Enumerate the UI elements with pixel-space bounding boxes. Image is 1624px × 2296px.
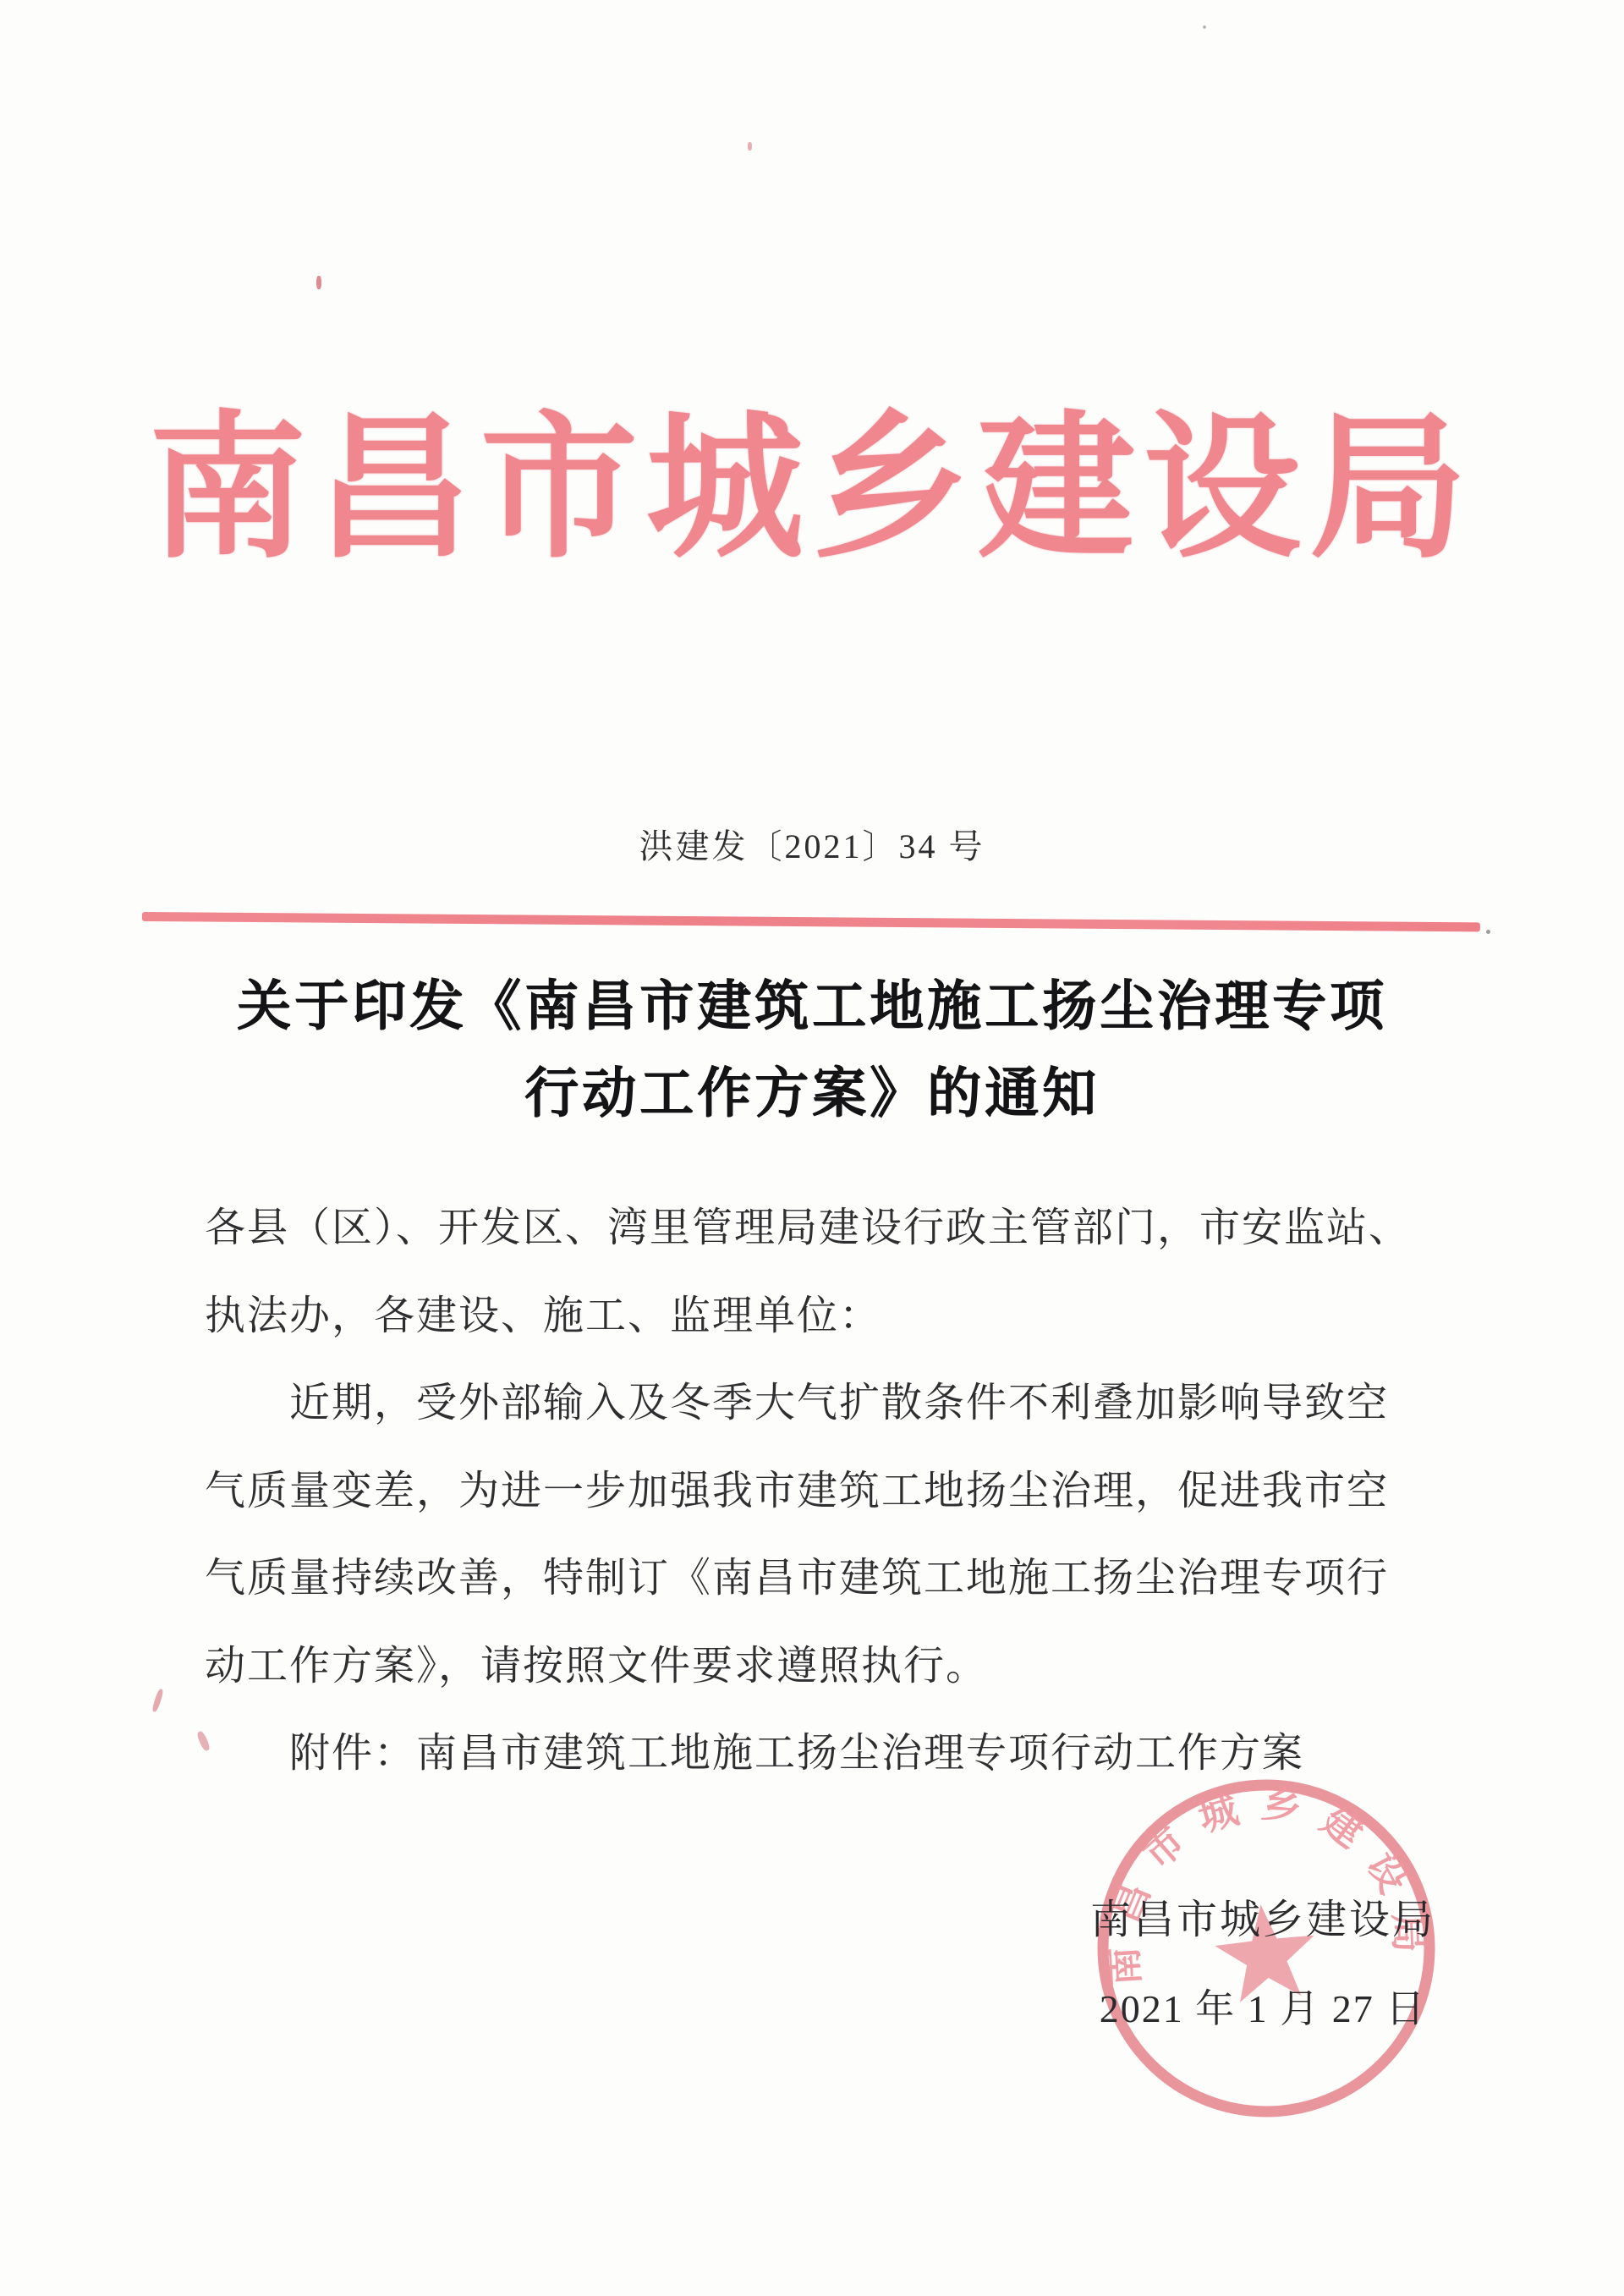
body-line: 气质量变差，为进一步加强我市建筑工地扬尘治理，促进我市空 (205, 1447, 1448, 1535)
agency-masthead-title: 南昌市城乡建设局 (0, 399, 1624, 580)
notice-title-line-1: 关于印发《南昌市建筑工地施工扬尘治理专项 (0, 963, 1624, 1050)
body-paragraphs: 各县（区）、开发区、湾里管理局建设行政主管部门，市安监站、 执法办，各建设、施工… (205, 1184, 1448, 1798)
scan-speck (316, 276, 321, 289)
scan-speck (748, 142, 752, 151)
official-seal: 南昌市城乡建设局 (1089, 1771, 1444, 2126)
body-line: 近期，受外部输入及冬季大气扩散条件不利叠加影响导致空 (205, 1359, 1448, 1447)
body-line: 动工作方案》，请按照文件要求遵照执行。 (205, 1623, 1448, 1711)
scan-speck (151, 1689, 164, 1713)
scan-dot (1203, 25, 1206, 29)
body-line: 执法办，各建设、施工、监理单位： (205, 1272, 1448, 1360)
body-line: 各县（区）、开发区、湾里管理局建设行政主管部门，市安监站、 (205, 1184, 1448, 1272)
notice-title-line-2: 行动工作方案》的通知 (0, 1050, 1624, 1137)
signature-agency: 南昌市城乡建设局 (1073, 1900, 1453, 1941)
signature-date: 2021 年 1 月 27 日 (1073, 1990, 1453, 2029)
red-separator-line (142, 912, 1480, 931)
document-number: 洪建发〔2021〕34 号 (0, 822, 1624, 871)
scan-dot (1486, 930, 1490, 934)
scanned-document-page: 南昌市城乡建设局 洪建发〔2021〕34 号 关于印发《南昌市建筑工地施工扬尘治… (0, 0, 1624, 2296)
body-line: 气质量持续改善，特制订《南昌市建筑工地施工扬尘治理专项行 (205, 1535, 1448, 1623)
notice-title: 关于印发《南昌市建筑工地施工扬尘治理专项 行动工作方案》的通知 (0, 963, 1624, 1137)
